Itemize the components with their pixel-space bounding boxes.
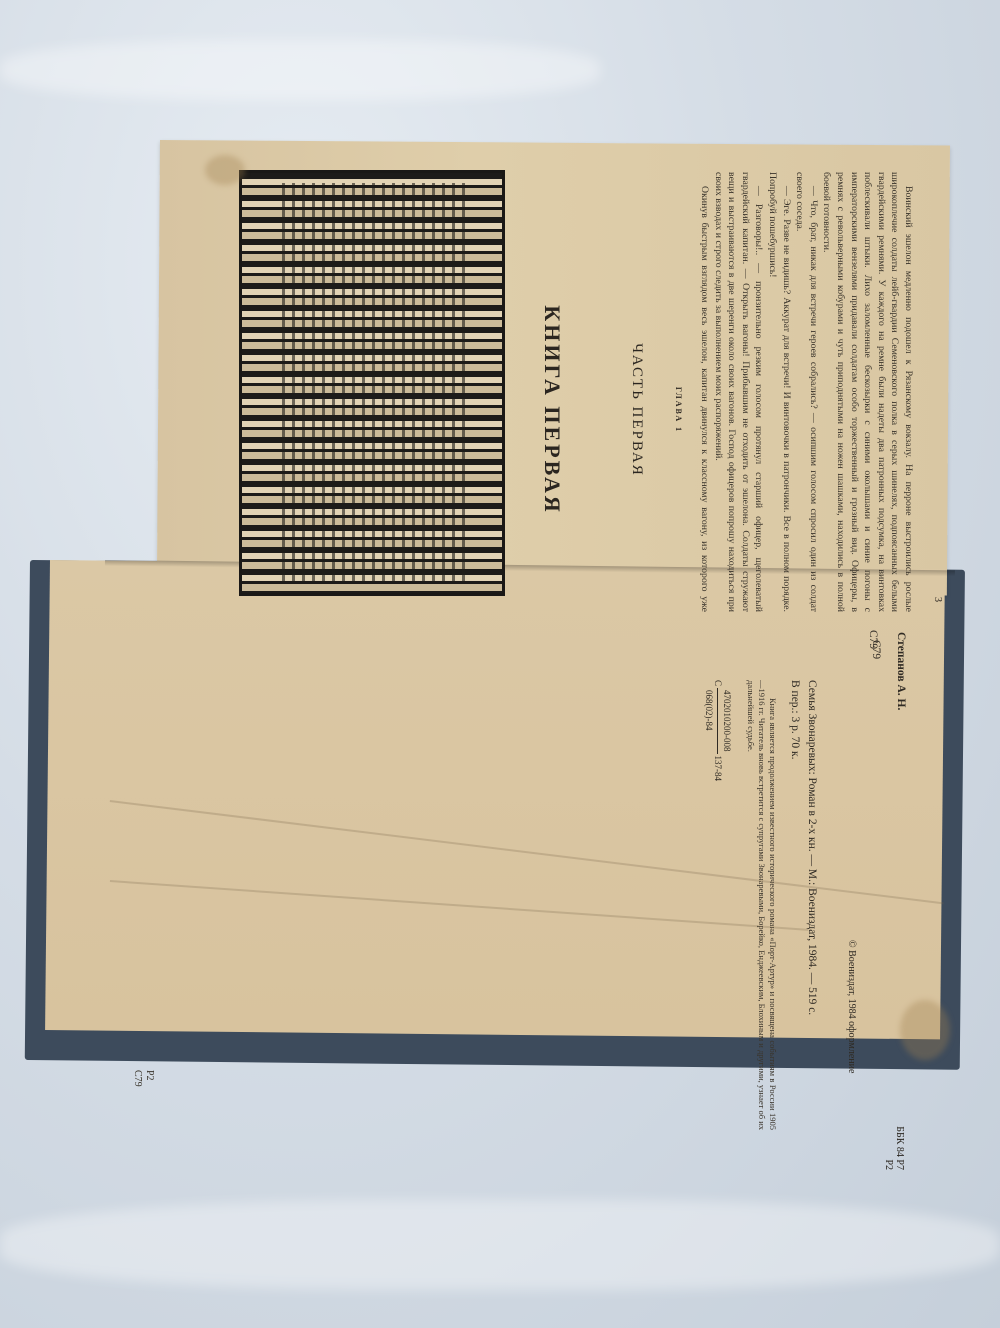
bbk-label: ББК 84 Р7 [894,1070,905,1170]
chapter-illustration [239,170,505,596]
annotation: Книга является продолжением известного и… [745,680,778,1134]
right-page-content: 3 Воинский эшелон медленно подошел к Ряз… [160,150,945,610]
part-title: ЧАСТЬ ПЕРВАЯ [628,300,645,520]
author-row: С79 Степанов А. Н. [865,630,880,1150]
paragraph: Воинский эшелон медленно подошел к Рязан… [820,172,915,612]
fabric-fold [0,1200,1000,1290]
paragraph: Окинув быстрым взглядом весь эшелон, кап… [695,172,711,612]
paper-stain [205,155,245,185]
credits-lines: Семья Звонаревых: Роман в 2-х кн. — М.: … [700,680,820,1140]
fabric-fold [0,40,600,100]
paragraph: — Что, брат, никак для встречи героев со… [793,172,820,612]
price-line: В пер.: 3 р. 70 к. [786,680,803,1140]
copyright-line: © Воениздат, 1984 оформление [846,940,857,1073]
book-title: КНИГА ПЕРВАЯ [539,280,565,540]
chapter-title: ГЛАВА 1 [674,350,683,470]
page-number: 3 [932,597,943,602]
author-name: Степанов А. Н. [893,632,908,710]
paper-stain [900,1000,950,1060]
udk-label: С79 [865,630,880,660]
classification-fraction: 4702010200-008 068(02)-84 [700,688,735,754]
bibliographic-text: С79 Степанов А. Н. [865,630,880,1150]
chapter-body: Воинский эшелон медленно подошел к Рязан… [695,172,915,612]
classification-suffix: 137-84 [709,756,726,782]
corner-label-line: С79 [131,1070,143,1087]
classification-denominator: 068(02)-84 [700,688,717,754]
title-line: Семья Звонаревых: Роман в 2-х кн. — М.: … [803,680,820,1140]
paragraph: — Эге. Разве не видишь? Аккурат для встр… [765,172,792,612]
classification-prefix: С [709,680,726,686]
bbk-sub-label: Р2 [883,1070,894,1170]
corner-label: Р2 С79 [131,1070,155,1087]
classification-numerator: 4702010200-008 [717,688,735,754]
paragraph: — Разговоры!.. — пронзительно резким гол… [711,172,765,612]
bbk-code: ББК 84 Р7 Р2 [883,1070,905,1170]
corner-label-line: Р2 [143,1070,155,1087]
classification-code: С 4702010200-008 068(02)-84 137-84 [700,680,735,1140]
